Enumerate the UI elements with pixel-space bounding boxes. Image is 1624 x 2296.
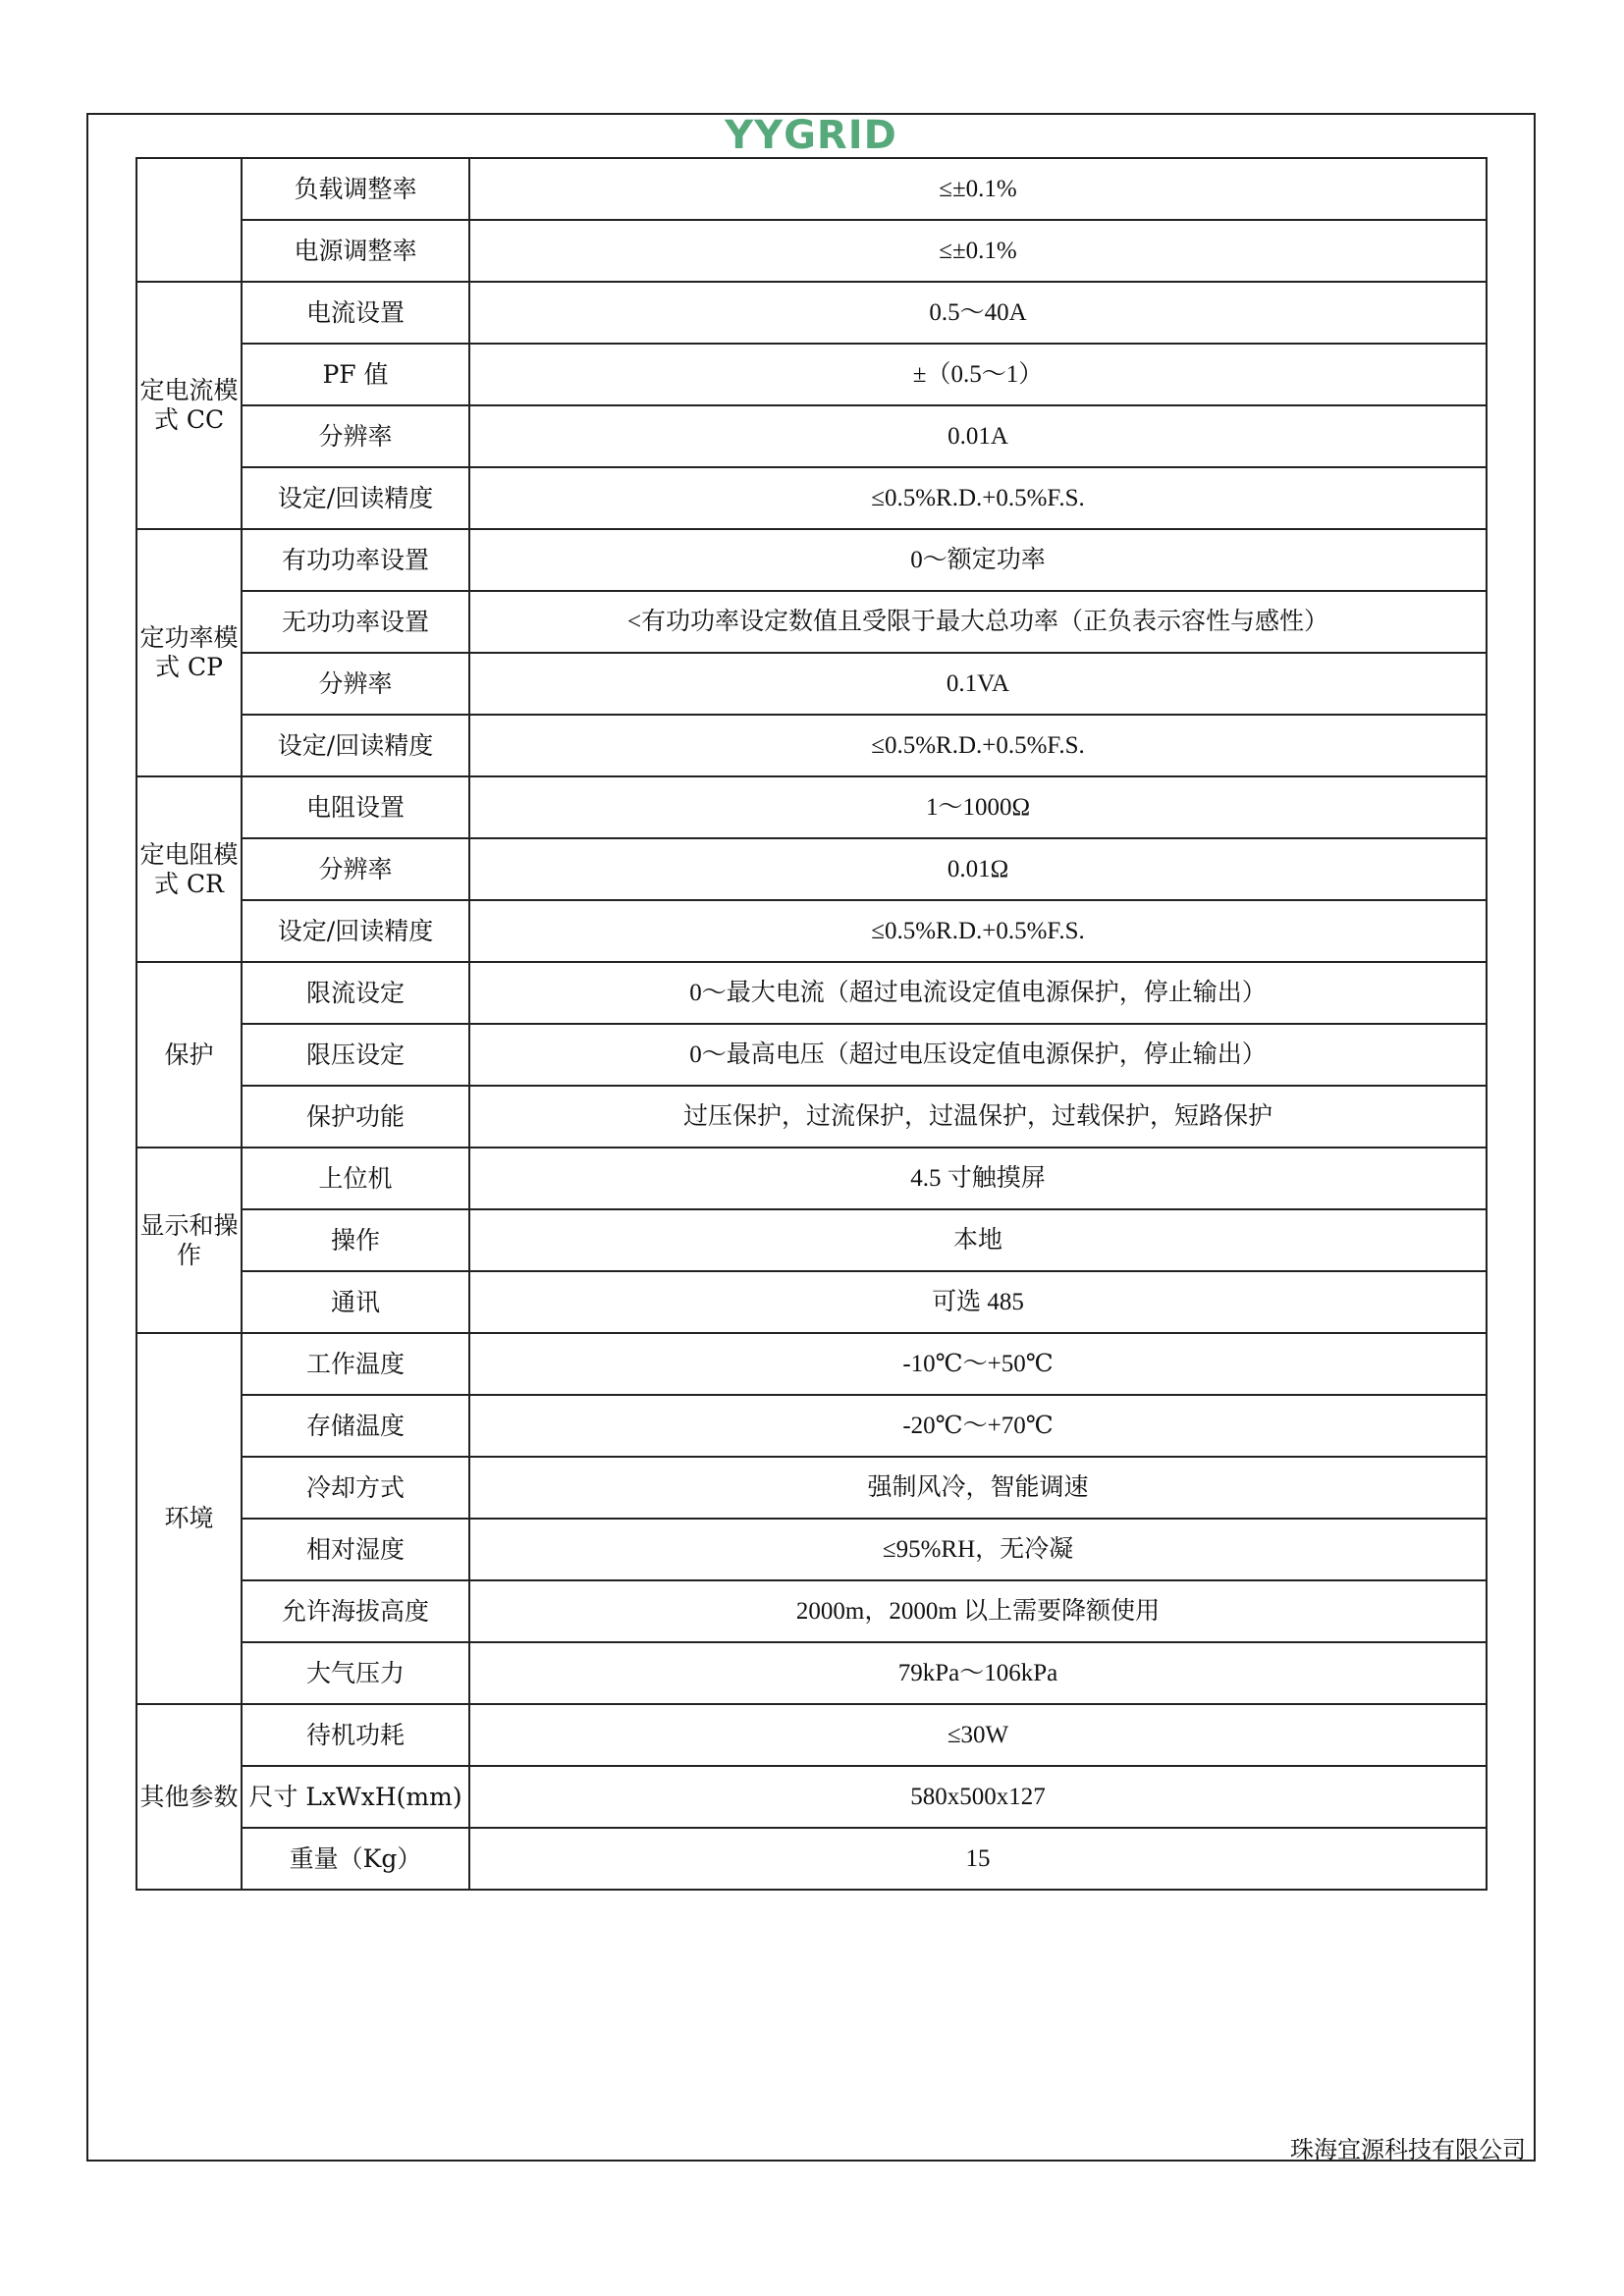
table-row: 定功率模式 CP 有功功率设置 0～额定功率 bbox=[136, 529, 1487, 591]
category-cell: 保护 bbox=[136, 962, 242, 1148]
value-cell: ≤0.5%R.D.+0.5%F.S. bbox=[469, 467, 1487, 529]
table-row: 操作 本地 bbox=[136, 1209, 1487, 1271]
value-cell: 0.01Ω bbox=[469, 838, 1487, 900]
param-cell: 分辨率 bbox=[242, 405, 469, 467]
table-row: 尺寸 LxWxH(mm) 580x500x127 bbox=[136, 1766, 1487, 1828]
value-cell: ≤±0.1% bbox=[469, 220, 1487, 282]
param-cell: 有功功率设置 bbox=[242, 529, 469, 591]
table-row: 定电流模式 CC 电流设置 0.5～40A bbox=[136, 282, 1487, 344]
param-cell: 存储温度 bbox=[242, 1395, 469, 1457]
table-row: 重量（Kg） 15 bbox=[136, 1828, 1487, 1890]
table-row: 电源调整率 ≤±0.1% bbox=[136, 220, 1487, 282]
param-cell: 允许海拔高度 bbox=[242, 1580, 469, 1642]
spec-table: 负载调整率 ≤±0.1% 电源调整率 ≤±0.1% 定电流模式 CC 电流设置 … bbox=[135, 157, 1488, 1891]
value-cell: 本地 bbox=[469, 1209, 1487, 1271]
param-cell: 待机功耗 bbox=[242, 1704, 469, 1766]
value-cell: ≤±0.1% bbox=[469, 158, 1487, 220]
table-row: PF 值 ±（0.5～1） bbox=[136, 344, 1487, 405]
category-cell: 定电阻模式 CR bbox=[136, 776, 242, 962]
table-row: 环境 工作温度 -10℃～+50℃ bbox=[136, 1333, 1487, 1395]
table-row: 冷却方式 强制风冷，智能调速 bbox=[136, 1457, 1487, 1519]
table-row: 允许海拔高度 2000m，2000m 以上需要降额使用 bbox=[136, 1580, 1487, 1642]
param-cell: 电阻设置 bbox=[242, 776, 469, 838]
value-cell: 0～额定功率 bbox=[469, 529, 1487, 591]
param-cell: 重量（Kg） bbox=[242, 1828, 469, 1890]
param-cell: 分辨率 bbox=[242, 653, 469, 715]
table-row: 保护 限流设定 0～最大电流（超过电流设定值电源保护，停止输出） bbox=[136, 962, 1487, 1024]
param-cell: 电源调整率 bbox=[242, 220, 469, 282]
table-row: 定电阻模式 CR 电阻设置 1～1000Ω bbox=[136, 776, 1487, 838]
value-cell: -20℃～+70℃ bbox=[469, 1395, 1487, 1457]
param-cell: 工作温度 bbox=[242, 1333, 469, 1395]
table-row: 显示和操作 上位机 4.5 寸触摸屏 bbox=[136, 1148, 1487, 1209]
category-cell: 显示和操作 bbox=[136, 1148, 242, 1333]
category-cell: 其他参数 bbox=[136, 1704, 242, 1890]
param-cell: 保护功能 bbox=[242, 1086, 469, 1148]
table-row: 分辨率 0.01Ω bbox=[136, 838, 1487, 900]
table-row: 设定/回读精度 ≤0.5%R.D.+0.5%F.S. bbox=[136, 467, 1487, 529]
table-row: 分辨率 0.1VA bbox=[136, 653, 1487, 715]
value-cell: 580x500x127 bbox=[469, 1766, 1487, 1828]
param-cell: 相对湿度 bbox=[242, 1519, 469, 1580]
value-cell: -10℃～+50℃ bbox=[469, 1333, 1487, 1395]
value-cell: 79kPa～106kPa bbox=[469, 1642, 1487, 1704]
param-cell: 限压设定 bbox=[242, 1024, 469, 1086]
param-cell: 无功功率设置 bbox=[242, 591, 469, 653]
table-row: 大气压力 79kPa～106kPa bbox=[136, 1642, 1487, 1704]
param-cell: PF 值 bbox=[242, 344, 469, 405]
value-cell: 0～最大电流（超过电流设定值电源保护，停止输出） bbox=[469, 962, 1487, 1024]
value-cell: 强制风冷，智能调速 bbox=[469, 1457, 1487, 1519]
value-cell: 0.01A bbox=[469, 405, 1487, 467]
table-row: 存储温度 -20℃～+70℃ bbox=[136, 1395, 1487, 1457]
table-row: 负载调整率 ≤±0.1% bbox=[136, 158, 1487, 220]
value-cell: ≤30W bbox=[469, 1704, 1487, 1766]
table-row: 相对湿度 ≤95%RH，无冷凝 bbox=[136, 1519, 1487, 1580]
category-cell: 定功率模式 CP bbox=[136, 529, 242, 776]
value-cell: 4.5 寸触摸屏 bbox=[469, 1148, 1487, 1209]
category-cell: 环境 bbox=[136, 1333, 242, 1704]
table-row: 保护功能 过压保护，过流保护，过温保护，过载保护，短路保护 bbox=[136, 1086, 1487, 1148]
param-cell: 冷却方式 bbox=[242, 1457, 469, 1519]
table-row: 设定/回读精度 ≤0.5%R.D.+0.5%F.S. bbox=[136, 900, 1487, 962]
table-row: 其他参数 待机功耗 ≤30W bbox=[136, 1704, 1487, 1766]
param-cell: 设定/回读精度 bbox=[242, 900, 469, 962]
param-cell: 尺寸 LxWxH(mm) bbox=[242, 1766, 469, 1828]
logo-text: YYGRID bbox=[725, 116, 897, 155]
param-cell: 电流设置 bbox=[242, 282, 469, 344]
table-row: 通讯 可选 485 bbox=[136, 1271, 1487, 1333]
value-cell: ≤0.5%R.D.+0.5%F.S. bbox=[469, 900, 1487, 962]
param-cell: 设定/回读精度 bbox=[242, 467, 469, 529]
value-cell: 过压保护，过流保护，过温保护，过载保护，短路保护 bbox=[469, 1086, 1487, 1148]
param-cell: 负载调整率 bbox=[242, 158, 469, 220]
value-cell: ≤0.5%R.D.+0.5%F.S. bbox=[469, 715, 1487, 776]
table-row: 限压设定 0～最高电压（超过电压设定值电源保护，停止输出） bbox=[136, 1024, 1487, 1086]
param-cell: 限流设定 bbox=[242, 962, 469, 1024]
table-row: 分辨率 0.01A bbox=[136, 405, 1487, 467]
value-cell: 15 bbox=[469, 1828, 1487, 1890]
table-row: 无功功率设置 <有功功率设定数值且受限于最大总功率（正负表示容性与感性） bbox=[136, 591, 1487, 653]
value-cell: ±（0.5～1） bbox=[469, 344, 1487, 405]
param-cell: 通讯 bbox=[242, 1271, 469, 1333]
param-cell: 上位机 bbox=[242, 1148, 469, 1209]
company-logo: YYGRID bbox=[720, 116, 902, 155]
param-cell: 大气压力 bbox=[242, 1642, 469, 1704]
value-cell: <有功功率设定数值且受限于最大总功率（正负表示容性与感性） bbox=[469, 591, 1487, 653]
value-cell: 可选 485 bbox=[469, 1271, 1487, 1333]
param-cell: 分辨率 bbox=[242, 838, 469, 900]
value-cell: 2000m，2000m 以上需要降额使用 bbox=[469, 1580, 1487, 1642]
param-cell: 设定/回读精度 bbox=[242, 715, 469, 776]
value-cell: ≤95%RH，无冷凝 bbox=[469, 1519, 1487, 1580]
company-name-footer: 珠海宜源科技有限公司 bbox=[1290, 2130, 1526, 2164]
value-cell: 0.5～40A bbox=[469, 282, 1487, 344]
param-cell: 操作 bbox=[242, 1209, 469, 1271]
table-row: 设定/回读精度 ≤0.5%R.D.+0.5%F.S. bbox=[136, 715, 1487, 776]
value-cell: 0.1VA bbox=[469, 653, 1487, 715]
value-cell: 1～1000Ω bbox=[469, 776, 1487, 838]
value-cell: 0～最高电压（超过电压设定值电源保护，停止输出） bbox=[469, 1024, 1487, 1086]
category-cell bbox=[136, 158, 242, 282]
category-cell: 定电流模式 CC bbox=[136, 282, 242, 529]
